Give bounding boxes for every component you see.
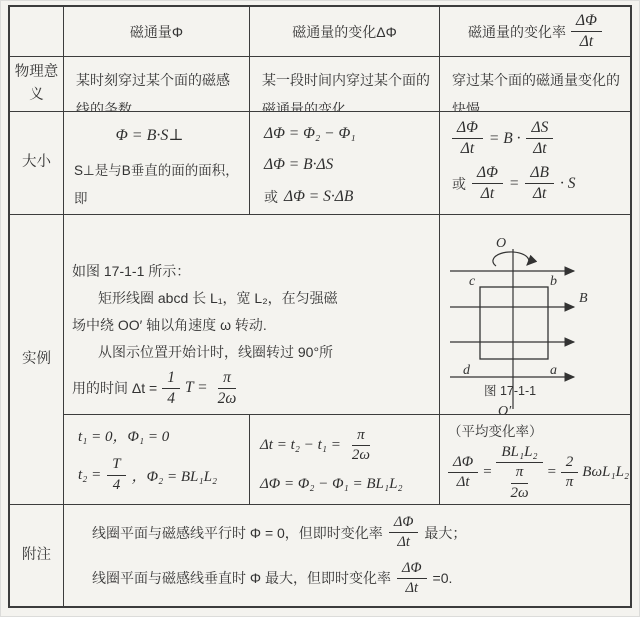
rate-formula-1: ΔΦ Δt = B · ΔS Δt [452,119,630,158]
or-prefix: 或 [264,187,278,207]
coil-rotation-diagram: O c b B d a 图 17-1-1 O′ [440,223,630,415]
coil-rectangle [480,287,548,359]
t1-phi1-values: t₁ = 0，Φ₁ = 0 [78,425,249,446]
header-rate-label: 磁通量的变化率 [468,22,566,42]
example-text-cell: 如图 17-1-1 所示： 矩形线圈 abcd 长 L₁，宽 L₂，在匀强磁 场… [64,215,440,415]
header-empty-cell [10,7,64,57]
example-line2: 矩形线圈 abcd 长 L₁，宽 L₂，在匀强磁 [72,288,439,308]
average-rate-title: （平均变化率） [448,420,626,440]
example-average-rate-cell: （平均变化率） ΔΦ Δt = BL₁L₂ π 2ω = [440,415,630,505]
coil-figure-cell: O c b B d a 图 17-1-1 O′ [440,215,630,415]
meaning-flux-change-text: 某一段时间内穿过某个面的磁通量的变化 [262,72,430,112]
notes-cell: 线圈平面与磁感线平行时 Φ = 0，但即时变化率 ΔΦ Δt 最大； 线圈平面与… [64,505,630,606]
meaning-flux-text: 某时刻穿过某个面的磁感线的条数 [76,72,230,112]
corner-d-label: d [463,363,471,378]
flux-change-formula-1: ΔΦ = Φ₂ − Φ₁ [264,125,439,143]
example-line3: 场中绕 OO′ 轴以角速度 ω 转动. [72,315,439,335]
size-flux-change-cell: ΔΦ = Φ₂ − Φ₁ ΔΦ = B·ΔS 或 ΔΦ = S·ΔB [250,112,440,215]
header-flux-label: 磁通量Φ [130,22,183,42]
example-line1: 如图 17-1-1 所示： [72,261,439,281]
corner-b-label: b [550,274,557,289]
size-flux-cell: Φ = B·S⊥ S⊥是与B垂直的面的面积，即 S在与B垂直方向上的投影 [64,112,250,215]
delta-t-formula: Δt = t₂ − t₁ = π 2ω [260,427,439,465]
notes-line1: 线圈平面与磁感线平行时 Φ = 0，但即时变化率 ΔΦ Δt 最大； [92,514,630,550]
row-label-notes: 附注 [10,505,64,606]
flux-change-formula-2: ΔΦ = B·ΔS [264,156,439,174]
notes-line2: 线圈平面与磁感线垂直时 Φ 最大，但即时变化率 ΔΦ Δt =0. [92,560,630,596]
rotation-arrow-icon [493,252,529,266]
header-flux-change-label: 磁通量的变化ΔΦ [292,22,397,42]
header-rate-cell: 磁通量的变化率 ΔΦ Δt [440,7,630,57]
row-label-example: 实例 [10,215,64,505]
meaning-flux-cell: 某时刻穿过某个面的磁感线的条数 [64,57,250,112]
field-b-label: B [579,291,588,306]
or-prefix: 或 [452,174,466,194]
example-change-values-cell: Δt = t₂ − t₁ = π 2ω ΔΦ = Φ₂ − Φ₁ = BL₁L₂ [250,415,440,505]
size-rate-cell: ΔΦ Δt = B · ΔS Δt 或 ΔΦ Δt = ΔB Δt [440,112,630,215]
delta-phi-formula: ΔΦ = Φ₂ − Φ₁ = BL₁L₂ [260,476,439,493]
example-line4: 从图示位置开始计时，线圈转过 90°所 [72,342,439,362]
axis-bottom-label: O′ [498,404,512,415]
flux-formula: Φ = B·S⊥ [74,125,225,145]
flux-change-formula-3: 或 ΔΦ = S·ΔB [264,187,439,207]
corner-c-label: c [469,274,476,289]
header-flux-cell: 磁通量Φ [64,7,250,57]
header-flux-change-cell: 磁通量的变化ΔΦ [250,7,440,57]
rate-formula-2: 或 ΔΦ Δt = ΔB Δt · S [452,164,630,203]
page: 磁通量Φ 磁通量的变化ΔΦ 磁通量的变化率 ΔΦ Δt 物理意义 某时刻穿过某个… [0,0,640,617]
meaning-rate-text: 穿过某个面的磁通量变化的快慢 [452,72,620,112]
header-rate-fraction: ΔΦ Δt [571,12,602,51]
example-line5: 用的时间 Δt = 1 4 T = π 2ω [72,369,439,408]
row-label-size: 大小 [10,112,64,215]
corner-a-label: a [550,363,557,378]
meaning-rate-cell: 穿过某个面的磁通量变化的快慢 [440,57,630,112]
flux-comparison-table: 磁通量Φ 磁通量的变化ΔΦ 磁通量的变化率 ΔΦ Δt 物理意义 某时刻穿过某个… [8,5,632,608]
average-rate-formula: ΔΦ Δt = BL₁L₂ π 2ω = 2 π [448,444,626,502]
example-flux-values-cell: t₁ = 0，Φ₁ = 0 t₂ = T 4 ，Φ₂ = BL₁L₂ [64,415,250,505]
axis-top-label: O [496,236,506,251]
t2-phi2-values: t₂ = T 4 ，Φ₂ = BL₁L₂ [78,456,249,494]
flux-note-line1: S⊥是与B垂直的面的面积，即 [74,157,243,214]
meaning-flux-change-cell: 某一段时间内穿过某个面的磁通量的变化 [250,57,440,112]
row-label-meaning: 物理意义 [10,57,64,112]
figure-caption: 图 17-1-1 [484,384,536,398]
